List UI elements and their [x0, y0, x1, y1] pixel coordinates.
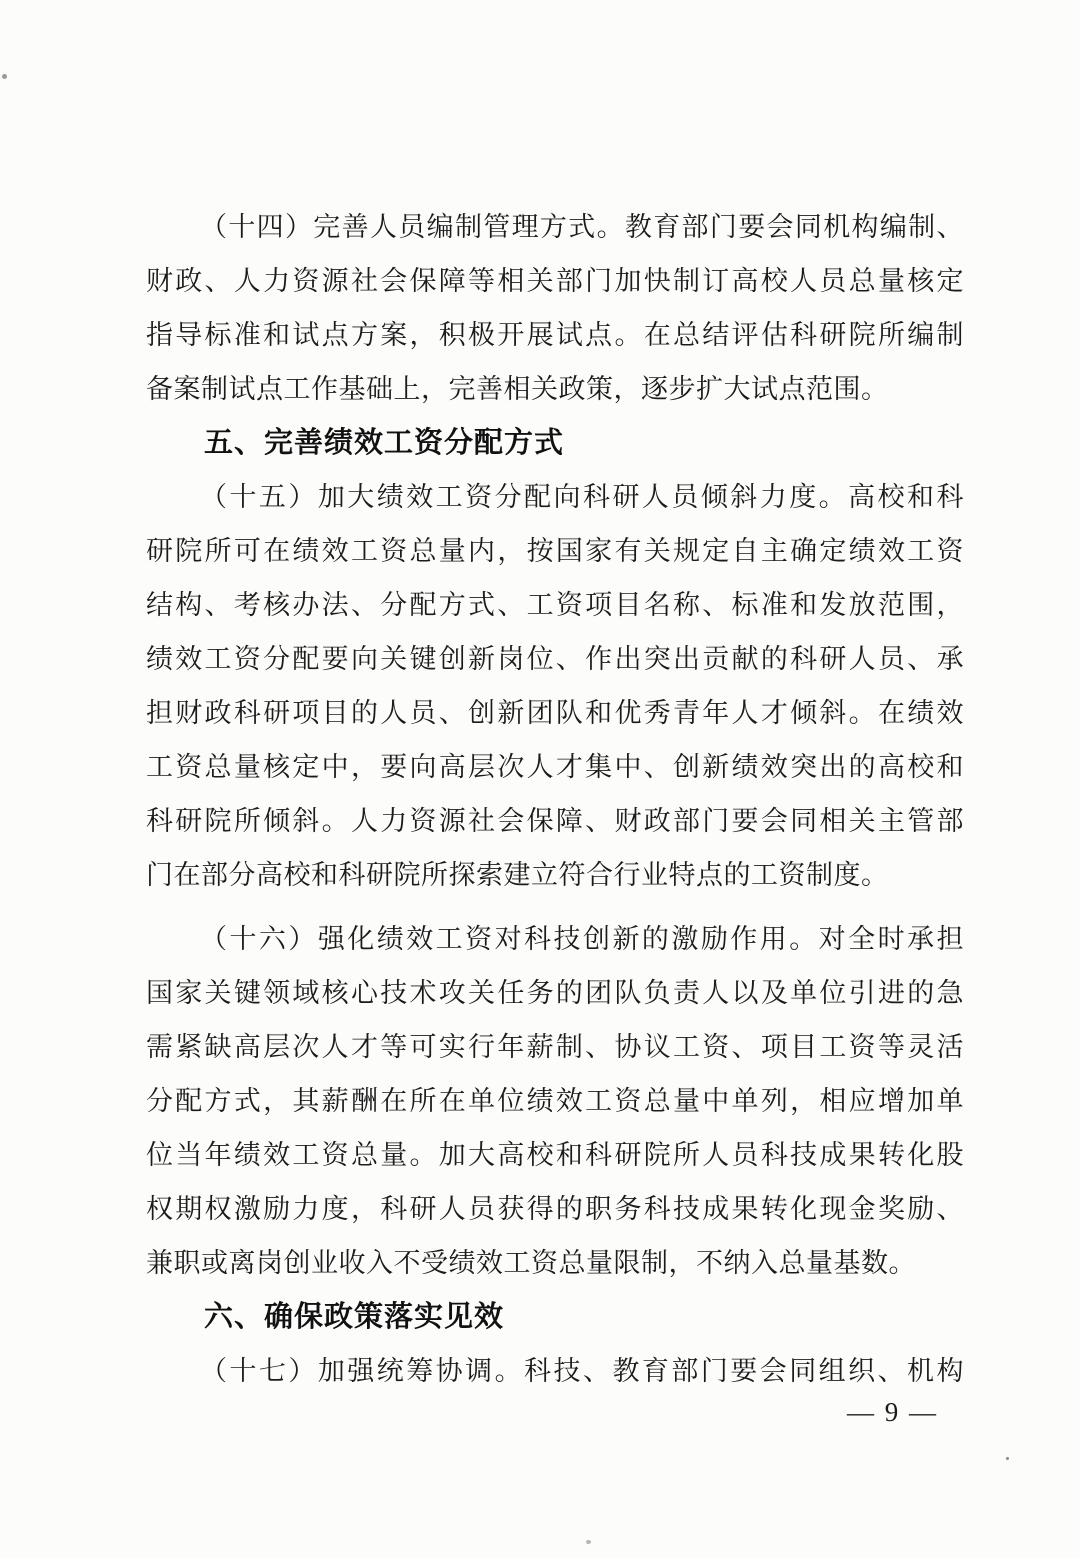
text-line: 研院所可在绩效工资总量内，按国家有关规定自主确定绩效工资: [146, 524, 964, 578]
text-line: 需紧缺高层次人才等可实行年薪制、协议工资、项目工资等灵活: [146, 1020, 964, 1074]
text-line: 科研院所倾斜。人力资源社会保障、财政部门要会同相关主管部: [146, 794, 964, 848]
text-line: 绩效工资分配要向关键创新岗位、作出突出贡献的科研人员、承: [146, 632, 964, 686]
text-line: 国家关键领域核心技术攻关任务的团队负责人以及单位引进的急: [146, 966, 964, 1020]
document-content: （十四）完善人员编制管理方式。教育部门要会同机构编制、财政、人力资源社会保障等相…: [146, 200, 964, 1398]
text-line: 备案制试点工作基础上，完善相关政策，逐步扩大试点范围。: [146, 362, 964, 416]
page-number: — 9 —: [146, 1392, 964, 1432]
text-line: 担财政科研项目的人员、创新团队和优秀青年人才倾斜。在绩效: [146, 686, 964, 740]
text-line: 指导标准和试点方案，积极开展试点。在总结评估科研院所编制: [146, 308, 964, 362]
document-page: （十四）完善人员编制管理方式。教育部门要会同机构编制、财政、人力资源社会保障等相…: [0, 0, 1080, 1558]
text-line: （十七）加强统筹协调。科技、教育部门要会同组织、机构: [146, 1344, 964, 1398]
scan-speck: [586, 1540, 591, 1544]
paragraph: （十四）完善人员编制管理方式。教育部门要会同机构编制、财政、人力资源社会保障等相…: [146, 200, 964, 416]
paragraph: （十七）加强统筹协调。科技、教育部门要会同组织、机构: [146, 1344, 964, 1398]
paragraph: （十五）加大绩效工资分配向科研人员倾斜力度。高校和科研院所可在绩效工资总量内，按…: [146, 470, 964, 902]
text-line: 财政、人力资源社会保障等相关部门加快制订高校人员总量核定: [146, 254, 964, 308]
section-heading: 五、完善绩效工资分配方式: [146, 416, 964, 470]
section-heading: 六、确保政策落实见效: [146, 1290, 964, 1344]
text-line: 工资总量核定中，要向高层次人才集中、创新绩效突出的高校和: [146, 740, 964, 794]
text-line: （十六）强化绩效工资对科技创新的激励作用。对全时承担: [146, 912, 964, 966]
text-line: 兼职或离岗创业收入不受绩效工资总量限制，不纳入总量基数。: [146, 1236, 964, 1290]
scan-speck: [2, 74, 7, 79]
text-line: 结构、考核办法、分配方式、工资项目名称、标准和发放范围，: [146, 578, 964, 632]
text-line: 位当年绩效工资总量。加大高校和科研院所人员科技成果转化股: [146, 1128, 964, 1182]
text-line: 门在部分高校和科研院所探索建立符合行业特点的工资制度。: [146, 848, 964, 902]
text-line: （十四）完善人员编制管理方式。教育部门要会同机构编制、: [146, 200, 964, 254]
text-line: （十五）加大绩效工资分配向科研人员倾斜力度。高校和科: [146, 470, 964, 524]
text-line: 权期权激励力度，科研人员获得的职务科技成果转化现金奖励、: [146, 1182, 964, 1236]
text-line: 分配方式，其薪酬在所在单位绩效工资总量中单列，相应增加单: [146, 1074, 964, 1128]
paragraph: （十六）强化绩效工资对科技创新的激励作用。对全时承担国家关键领域核心技术攻关任务…: [146, 912, 964, 1290]
scan-speck: [1006, 1457, 1009, 1460]
